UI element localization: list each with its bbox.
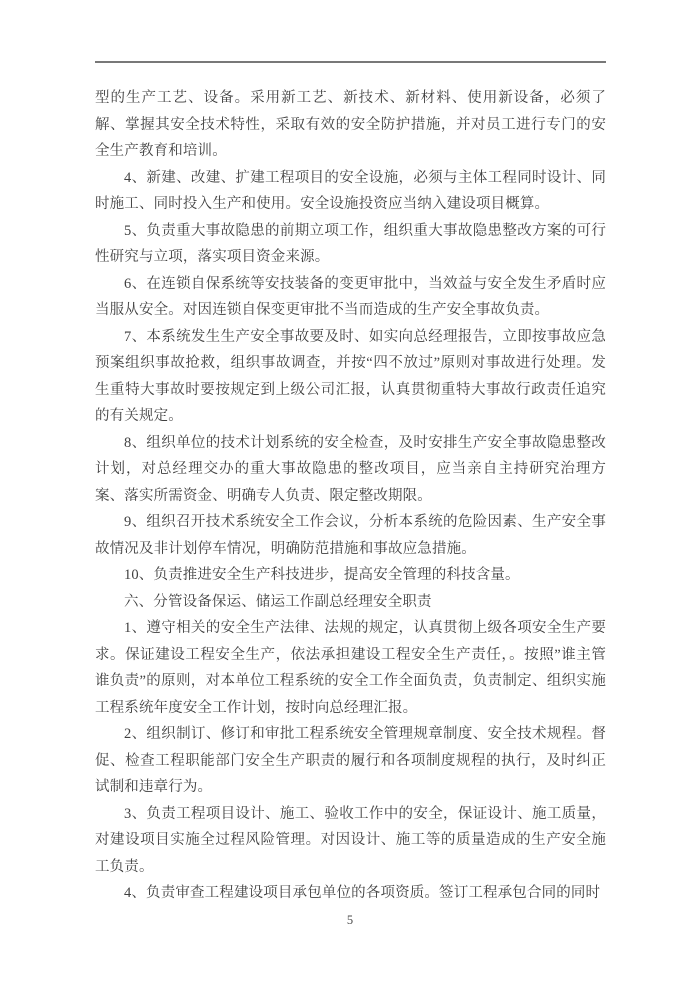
paragraph-continuation: 型的生产工艺、设备。采用新工艺、新技术、新材料、使用新设备，必须了解、掌握其安全…	[95, 85, 606, 165]
paragraph-item-9: 9、组织召开技术系统安全工作会议，分析本系统的危险因素、生产安全事故情况及非计划…	[95, 509, 606, 562]
paragraph-item-7: 7、本系统发生生产安全事故要及时、如实向总经理报告，立即按事故应急预案组织事故抢…	[95, 324, 606, 430]
paragraph-item-6-3: 3、负责工程项目设计、施工、验收工作中的安全，保证设计、施工质量，对建设项目实施…	[95, 801, 606, 881]
paragraph-item-6-2: 2、组织制订、修订和审批工程系统安全管理规章制度、安全技术规程。督促、检查工程职…	[95, 721, 606, 801]
paragraph-item-4: 4、新建、改建、扩建工程项目的安全设施，必须与主体工程同时设计、同时施工、同时投…	[95, 165, 606, 218]
paragraph-item-10: 10、负责推进安全生产科技进步，提高安全管理的科技含量。	[95, 562, 606, 589]
page-number: 5	[0, 913, 700, 928]
paragraph-item-6: 6、在连锁自保系统等安技装备的变更审批中，当效益与安全发生矛盾时应当服从安全。对…	[95, 271, 606, 324]
section-heading-six: 六、分管设备保运、储运工作副总经理安全职责	[95, 589, 606, 616]
paragraph-item-6-4: 4、负责审查工程建设项目承包单位的各项资质。签订工程承包合同的同时	[95, 880, 606, 907]
paragraph-item-6-1: 1、遵守相关的安全生产法律、法规的规定，认真贯彻上级各项安全生产要求。保证建设工…	[95, 615, 606, 721]
document-page: 型的生产工艺、设备。采用新工艺、新技术、新材料、使用新设备，必须了解、掌握其安全…	[0, 0, 700, 990]
paragraph-item-8: 8、组织单位的技术计划系统的安全检查，及时安排生产安全事故隐患整改计划，对总经理…	[95, 430, 606, 510]
header-rule	[95, 61, 606, 63]
document-body: 型的生产工艺、设备。采用新工艺、新技术、新材料、使用新设备，必须了解、掌握其安全…	[95, 85, 606, 907]
paragraph-item-5: 5、负责重大事故隐患的前期立项工作，组织重大事故隐患整改方案的可行性研究与立项，…	[95, 218, 606, 271]
